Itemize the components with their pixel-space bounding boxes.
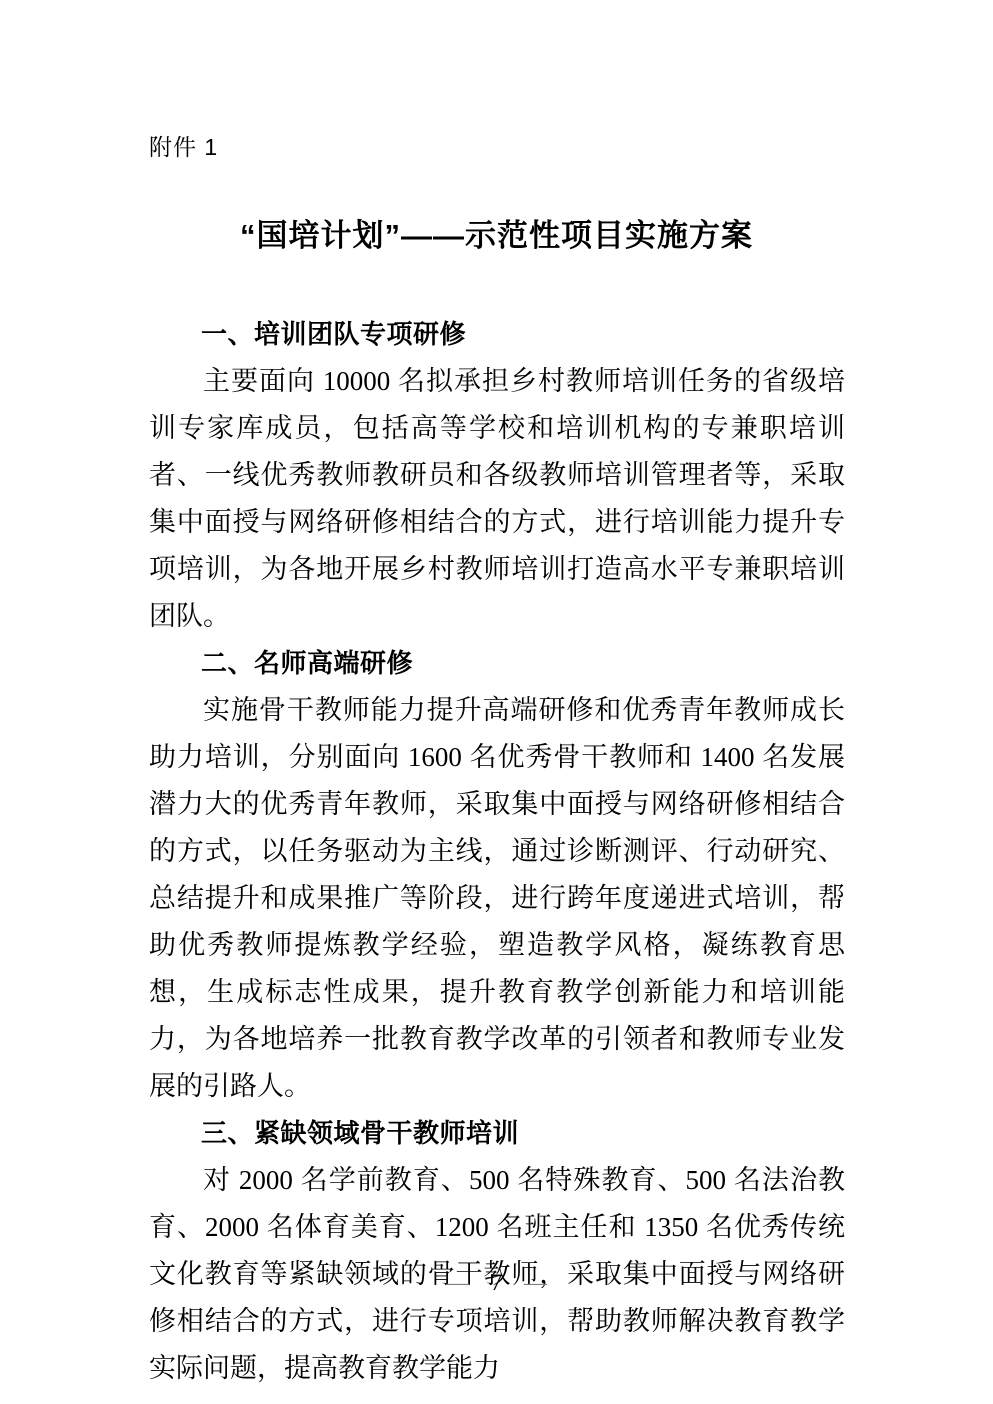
document-page: 附件 1 “国培计划”——示范性项目实施方案 一、培训团队专项研修 主要面向 1… [0, 0, 993, 1404]
document-title: “国培计划”——示范性项目实施方案 [0, 214, 993, 258]
footer-dash-right: — [524, 1270, 547, 1295]
document-body: 一、培训团队专项研修 主要面向 10000 名拟承担乡村教师培训任务的省级培训专… [149, 311, 845, 1392]
page-number: 7 [491, 1270, 503, 1295]
section-heading-1: 一、培训团队专项研修 [149, 311, 845, 358]
section-paragraph-1: 主要面向 10000 名拟承担乡村教师培训任务的省级培训专家库成员，包括高等学校… [149, 358, 845, 640]
attachment-label: 附件 1 [149, 131, 218, 164]
page-footer: — 7 — [0, 1263, 993, 1303]
section-heading-3: 三、紧缺领域骨干教师培训 [149, 1110, 845, 1157]
section-paragraph-2: 实施骨干教师能力提升高端研修和优秀青年教师成长助力培训，分别面向 1600 名优… [149, 687, 845, 1110]
section-heading-2: 二、名师高端研修 [149, 640, 845, 687]
footer-dash-left: — [446, 1270, 469, 1295]
